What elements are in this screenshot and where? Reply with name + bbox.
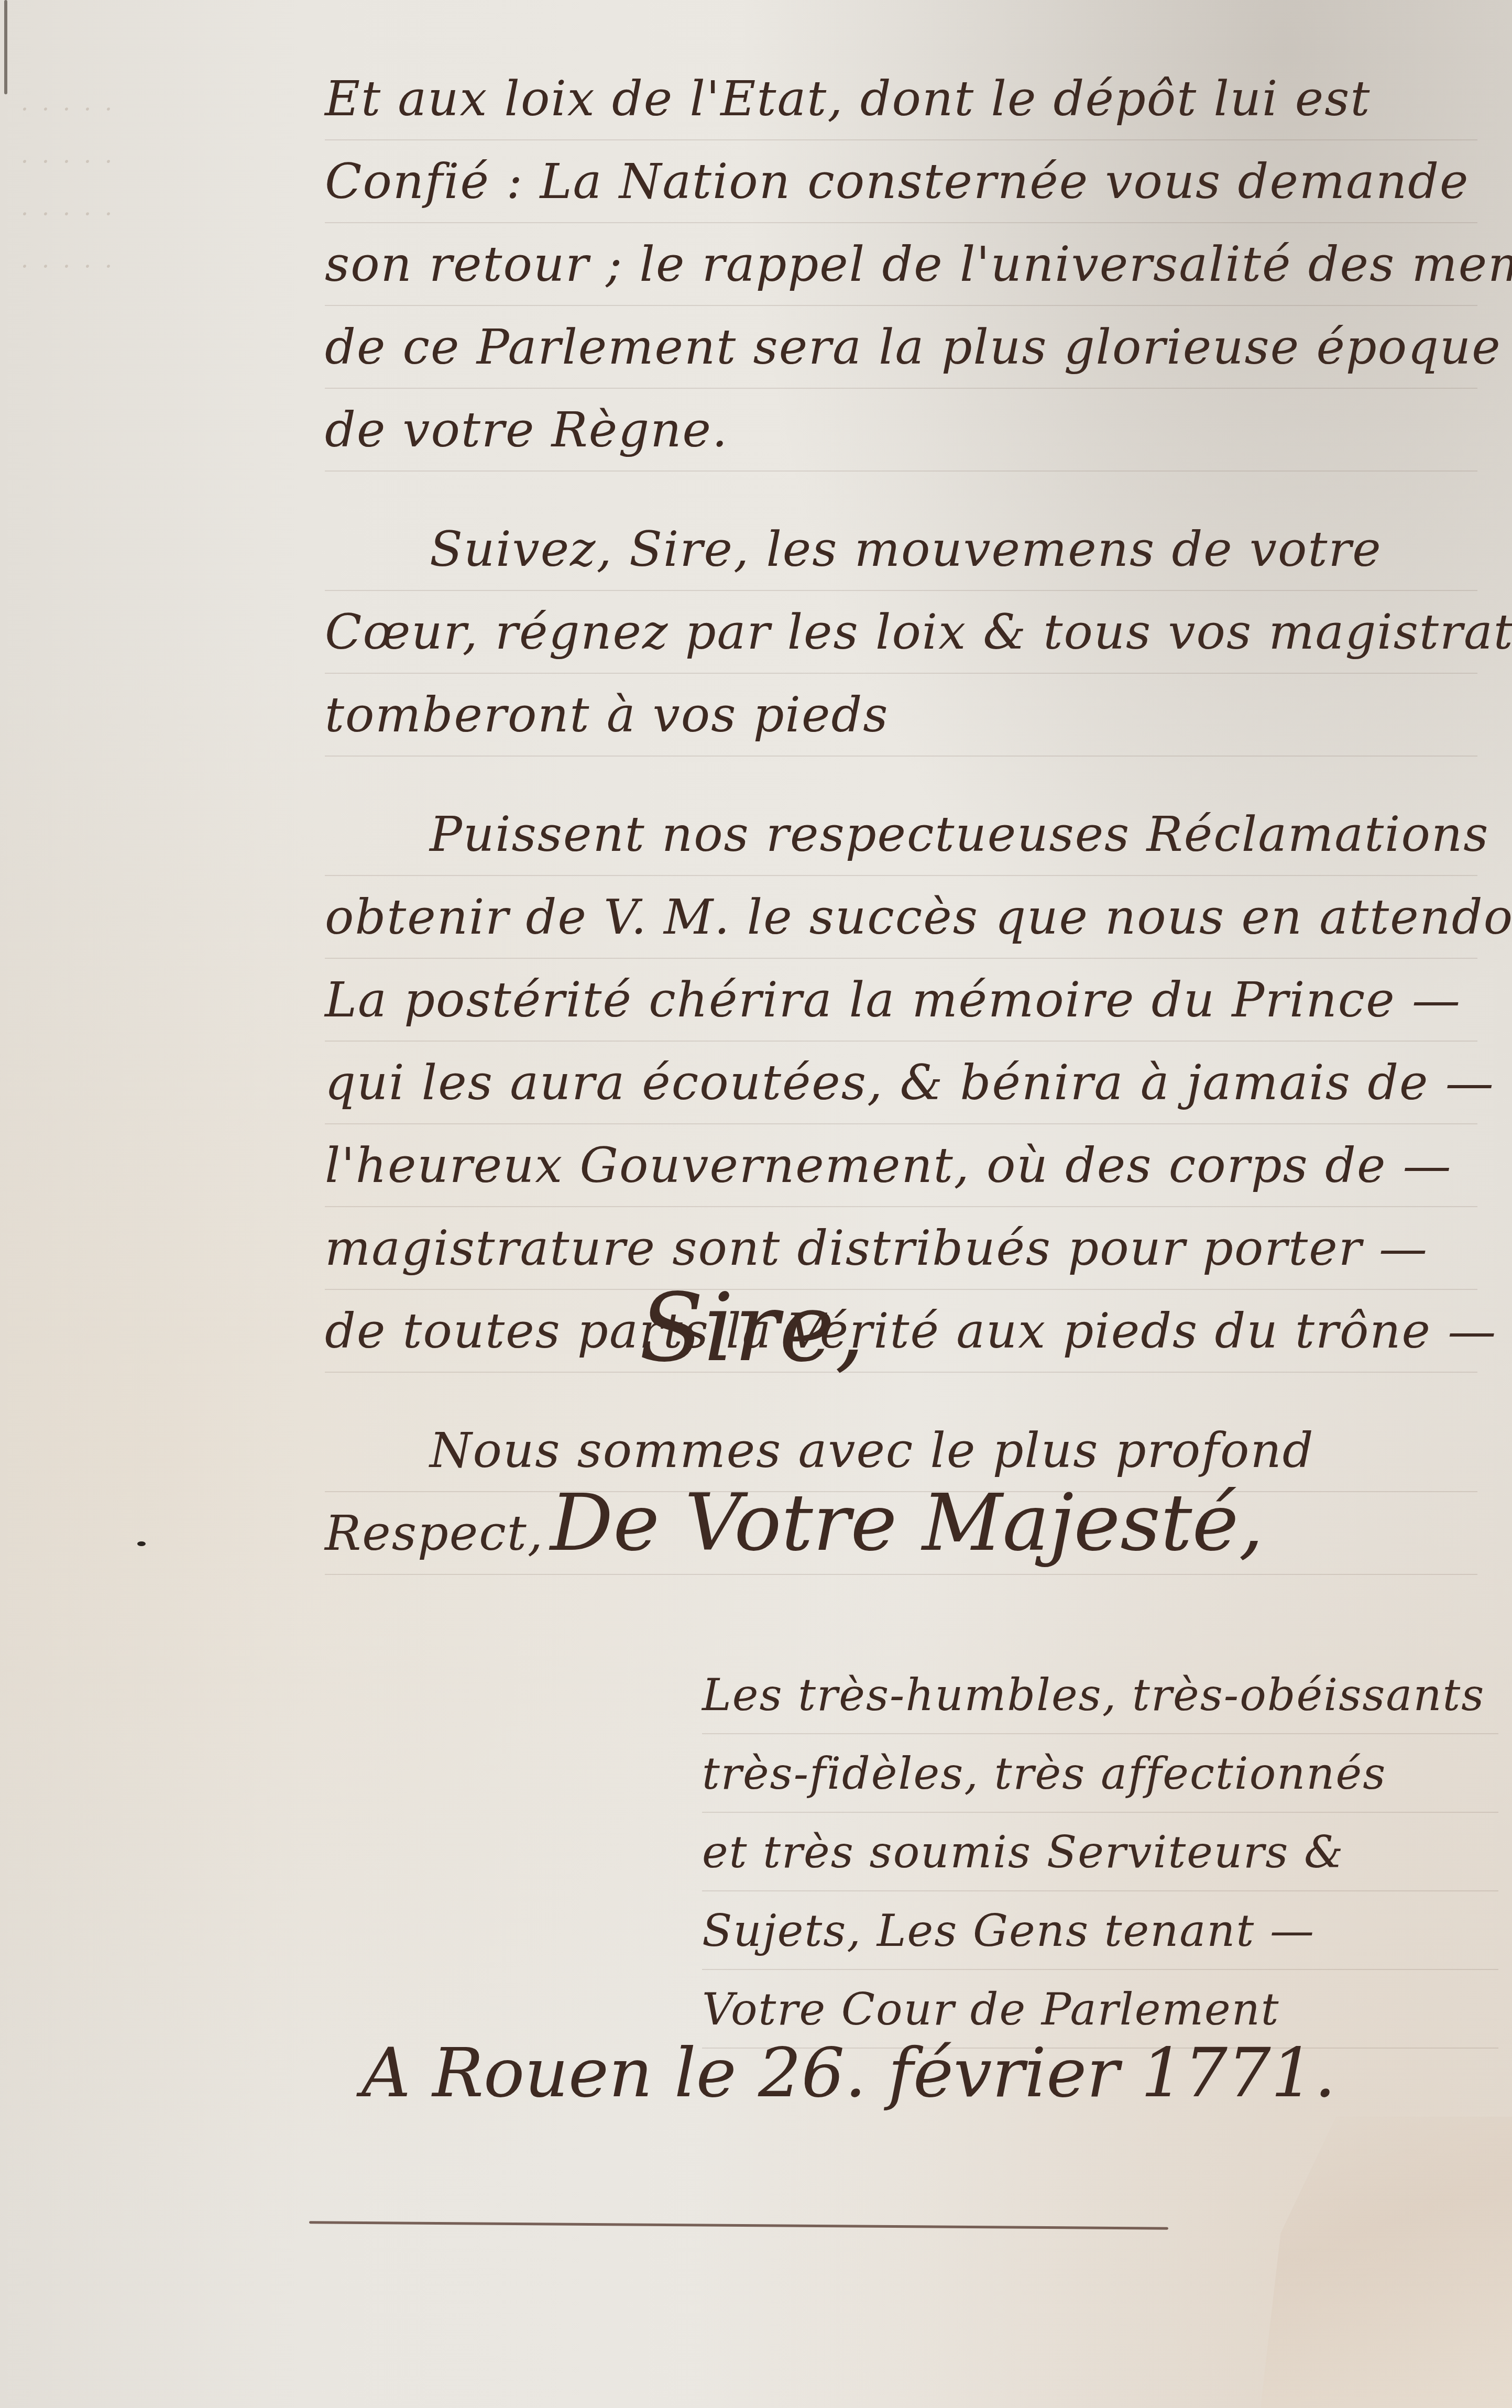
bleed-line: · · · · · [21,189,178,241]
body-line: magistrature sont distribués pour porter… [325,1207,1477,1290]
body-line: Suivez, Sire, les mouvemens de votre [325,508,1477,591]
salutation-sire: Sire, [639,1273,865,1383]
body-line: tomberont à vos pieds [325,674,1477,757]
closing-rule [309,2221,1168,2229]
body-line: Cœur, régnez par les loix & tous vos mag… [325,591,1477,674]
bleed-line: · · · · · [21,136,178,189]
body-line: obtenir de V. M. le succès que nous en a… [325,876,1477,959]
subscription-block: Les très-humbles, très-obéissants très-f… [702,1656,1498,2049]
dateline: A Rouen le 26. février 1771. [361,2033,1336,2113]
salutation-majesty: De Votre Majesté, [550,1477,1264,1569]
paper-edge-shadow [4,0,7,94]
subscription-line: très-fidèles, très affectionnés [702,1734,1498,1813]
body-line: de votre Règne. [325,389,1477,472]
body-line: La postérité chérira la mémoire du Princ… [325,959,1477,1042]
body-line: de toutes parts la Vérité aux pieds du t… [325,1290,1477,1373]
bleed-line: · · · · · [21,84,178,136]
bleed-line: · · · · · [21,241,178,293]
body-line: qui les aura écoutées, & bénira à jamais… [325,1042,1477,1124]
bleed-through-text: · · · · · · · · · · · · · · · · · · · · [21,84,178,293]
body-line: son retour ; le rappel de l'universalité… [325,223,1477,306]
body-line: Et aux loix de l'Etat, dont le dépôt lui… [325,58,1477,140]
torn-corner [1261,2117,1512,2408]
subscription-line: Sujets, Les Gens tenant — [702,1891,1498,1970]
body-line: Confié : La Nation consternée vous deman… [325,140,1477,223]
ink-spot [137,1541,146,1546]
body-line: l'heureux Gouvernement, où des corps de … [325,1124,1477,1207]
body-line: de ce Parlement sera la plus glorieuse é… [325,306,1477,389]
letter-body: Et aux loix de l'Etat, dont le dépôt lui… [325,58,1477,1575]
subscription-line: et très soumis Serviteurs & [702,1813,1498,1891]
subscription-line: Les très-humbles, très-obéissants [702,1656,1498,1734]
body-line: Puissent nos respectueuses Réclamations [325,793,1477,876]
manuscript-page: · · · · · · · · · · · · · · · · · · · · … [0,0,1512,2408]
